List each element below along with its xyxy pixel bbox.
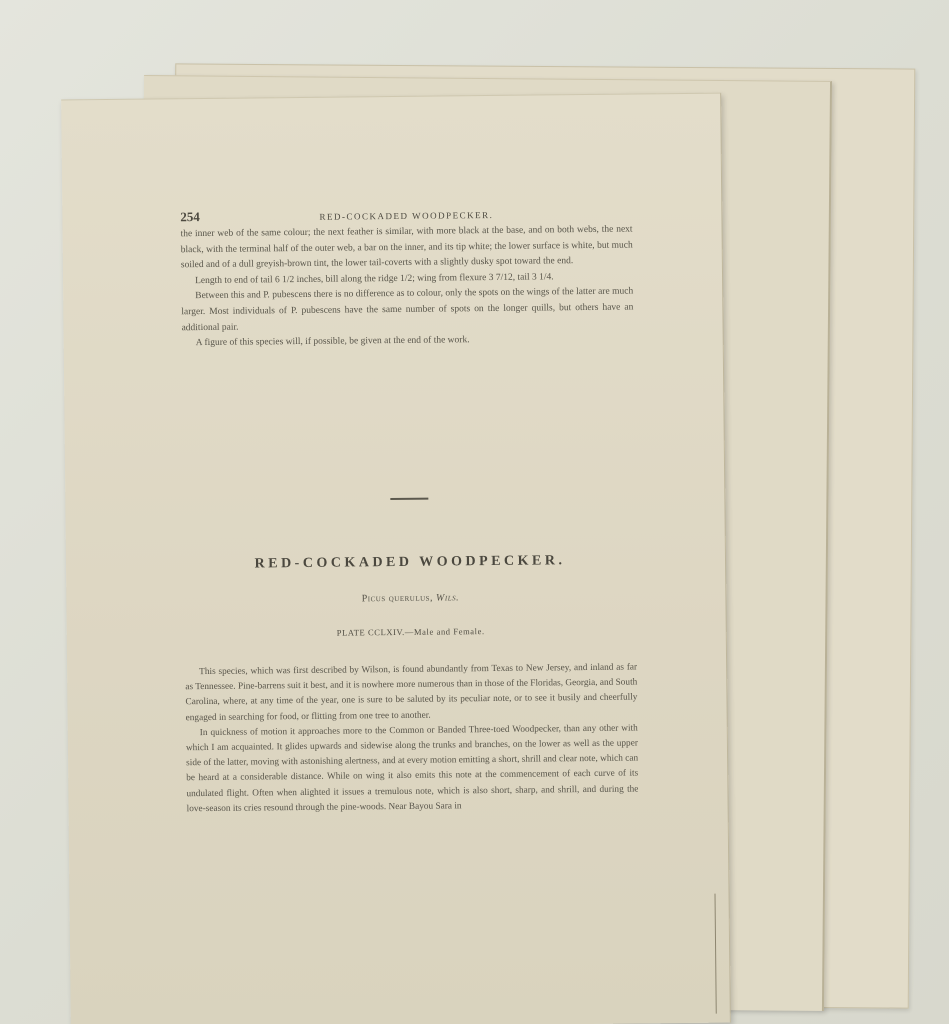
latin-authority: Wils. [436,592,459,603]
description-continued: the inner web of the same colour; the ne… [180,223,633,352]
latin-binomial: Picus querulus, [362,593,433,605]
species-account: This species, which was first described … [185,660,639,817]
paragraph: In quickness of motion it approaches mor… [186,721,639,817]
paragraph: the inner web of the same colour; the ne… [180,223,632,275]
species-title: RED-COCKADED WOODPECKER. [184,552,636,573]
latin-name: Picus querulus, Wils. [184,590,636,606]
page-header: 254 RED-COCKADED WOODPECKER. [180,205,632,226]
plate-label: PLATE CCLXIV.—Male and Female. [185,624,637,639]
paragraph: This species, which was first described … [185,660,638,726]
fold-line [715,894,717,1014]
running-title: RED-COCKADED WOODPECKER. [220,209,592,223]
page-number: 254 [180,209,220,225]
section-divider [390,498,428,500]
front-page-sheet: 254 RED-COCKADED WOODPECKER. the inner w… [61,93,731,1024]
paragraph: Between this and P. pubescens there is n… [181,285,633,337]
paragraph: A figure of this species will, if possib… [182,332,634,352]
